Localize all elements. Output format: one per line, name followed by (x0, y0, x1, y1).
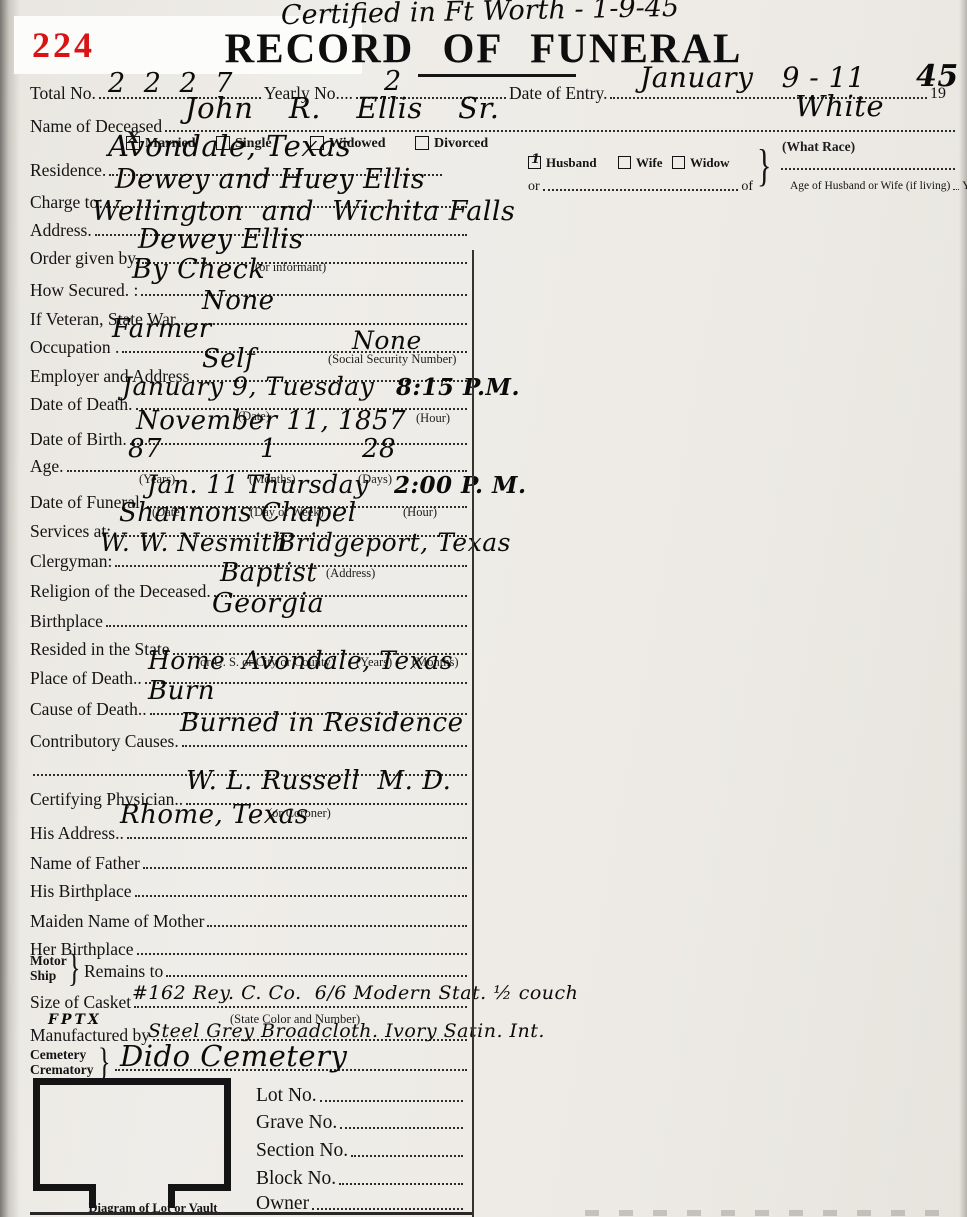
dotted-leader (106, 625, 467, 627)
veteran-value: None (202, 288, 275, 314)
dotted-leader (196, 323, 467, 325)
husband-label: Husband (546, 155, 597, 171)
or-informant-sublabel: (or informant) (255, 261, 326, 274)
his-birthplace-label: His Birthplace (30, 883, 132, 901)
scan-edge-shadow-left (0, 0, 20, 1217)
diagram-border-top (33, 1078, 231, 1085)
services-at-value: Shannons Chapel (119, 500, 357, 526)
of-label: of (741, 180, 753, 194)
cause-of-death-value: Burn (148, 678, 215, 704)
title-rule (418, 74, 576, 77)
bottom-rule (30, 1212, 472, 1215)
date-of-birth-value: November 11, 1857 (136, 408, 406, 434)
how-secured-label: How Secured. : (30, 282, 138, 300)
cemetery-brace: } (98, 1044, 110, 1083)
birthplace-label: Birthplace (30, 613, 103, 631)
divorced-checkbox (415, 136, 429, 150)
ssn-value: None (352, 328, 422, 353)
age-of-spouse-row: Age of Husband or Wife (if living) Years (790, 172, 958, 192)
block-no-row: Block No. (256, 1166, 466, 1188)
checkbox-husband: 1 Husband (528, 155, 597, 171)
how-secured-value: By Check (132, 256, 265, 283)
cemetery-label: Cemetery (30, 1048, 93, 1063)
column-divider-rule (472, 250, 474, 1217)
diagram-border-bottom-left (33, 1184, 96, 1191)
place-of-death-value: Home Avondale, Texas (148, 648, 453, 673)
his-address-label: His Address.. (30, 825, 124, 843)
order-given-by-value: Dewey Ellis (138, 226, 304, 253)
occupation-value: Farmer (112, 316, 212, 342)
cemetery-crematory-stack: Cemetery Crematory (30, 1048, 93, 1078)
services-at-label: Services at: (30, 523, 111, 541)
checkbox-divorced: Divorced (415, 136, 488, 152)
total-no-label: Total No. (30, 85, 96, 103)
scan-cutoff-text-artifact (585, 1210, 955, 1216)
cause-of-death-label: Cause of Death.. (30, 701, 147, 719)
or-label: or (528, 180, 540, 194)
father-row: Name of Father (30, 850, 470, 872)
motor-label: Motor (30, 954, 67, 969)
checkbox-wife: Wife (618, 155, 662, 171)
wife-checkbox (618, 156, 631, 169)
remains-to-label: Remains to (84, 963, 163, 981)
dotted-leader (351, 1155, 463, 1157)
order-given-by-label: Order given by. (30, 250, 139, 268)
date-of-entry-value: January 9 - 11 (640, 64, 865, 92)
charge-to-value: Dewey and Huey Ellis (115, 166, 425, 193)
contributory-label: Contributory Causes. (30, 733, 179, 751)
occupation-label: Occupation . (30, 339, 119, 357)
years-unit-label: Years (962, 181, 967, 193)
death-hour-sublabel: (Hour) (416, 412, 450, 425)
funeral-date-value: Jan. 11 (147, 472, 239, 497)
mother-label: Maiden Name of Mother (30, 913, 204, 931)
death-hour-value: 8:15 P.M. (396, 376, 520, 399)
remains-brace: } (68, 950, 80, 989)
contributory-value: Burned in Residence (180, 710, 464, 736)
father-label: Name of Father (30, 855, 140, 873)
employer-value: Self (202, 346, 255, 372)
physician-value: W. L. Russell M. D. (186, 768, 451, 794)
dotted-leader (340, 1127, 463, 1129)
diagram-border-left (33, 1078, 40, 1191)
funeral-hour-sublabel: (Hour) (403, 506, 437, 519)
dotted-leader (320, 1100, 463, 1102)
dotted-leader (130, 443, 467, 445)
residence-value: Avondale, Texas (108, 132, 351, 161)
dotted-leader (207, 925, 467, 927)
motor-ship-stack: Motor Ship (30, 954, 67, 984)
diagram-border-right (224, 1078, 231, 1191)
date-of-birth-label: Date of Birth. (30, 431, 127, 449)
funeral-day-value: Thursday (246, 472, 369, 497)
dotted-leader (543, 189, 739, 191)
spouse-brace: } (757, 145, 771, 190)
ship-label: Ship (30, 969, 67, 984)
section-no-label: Section No. (256, 1141, 348, 1161)
diagram-border-bottom-right (168, 1184, 231, 1191)
place-of-death-label: Place of Death.. (30, 670, 142, 688)
address-label: Address. (30, 222, 92, 240)
dotted-leader (135, 895, 467, 897)
casket-label: Size of Casket (30, 994, 131, 1012)
mother-row: Maiden Name of Mother (30, 908, 470, 930)
widow-checkbox (672, 156, 685, 169)
owner-label: Owner (256, 1194, 309, 1214)
his-address-value: Rhome, Texas (120, 802, 309, 828)
dotted-leader (781, 168, 955, 170)
crematory-label: Crematory (30, 1063, 93, 1078)
block-no-label: Block No. (256, 1169, 336, 1189)
dotted-leader (166, 975, 467, 977)
grave-no-row: Grave No. (256, 1110, 466, 1132)
date-of-entry-label: Date of Entry. (509, 85, 607, 103)
spouse-or-of-row: or of (528, 172, 753, 194)
dotted-leader (127, 837, 467, 839)
date-of-death-value: January 9, Tuesday (122, 374, 374, 399)
date-of-death-label: Date of Death. (30, 396, 133, 414)
birthplace-value: Georgia (212, 590, 324, 617)
address-value: Wellington and Wichita Falls (92, 198, 515, 225)
husband-check-mark: 1 (531, 153, 540, 166)
cemetery-value: Dido Cemetery (120, 1042, 347, 1071)
wife-label: Wife (636, 155, 662, 171)
widow-label: Widow (690, 155, 730, 171)
spouse-dotted-row (778, 151, 958, 173)
casket-value: #162 Rey. C. Co. 6/6 Modern Stat. ½ couc… (132, 984, 578, 1003)
age-label: Age. (30, 458, 64, 476)
name-of-deceased-value: John R. Ellis Sr. (185, 94, 499, 123)
clergyman-address-value: Bridgeport, Texas (277, 530, 511, 555)
lot-no-row: Lot No. (256, 1083, 466, 1105)
section-no-row: Section No. (256, 1138, 466, 1160)
dotted-leader (141, 294, 467, 296)
age-of-spouse-label: Age of Husband or Wife (if living) (790, 181, 950, 193)
religion-label: Religion of the Deceased. (30, 583, 211, 601)
age-years-value: 87 (128, 436, 162, 462)
residence-label: Residence. (30, 162, 106, 180)
husband-checkbox: 1 (528, 156, 541, 169)
grave-no-label: Grave No. (256, 1113, 337, 1133)
remains-to-row: Remains to (84, 958, 470, 980)
dotted-leader (953, 189, 959, 190)
funeral-hour-value: 2:00 P. M. (394, 474, 526, 497)
dotted-leader (182, 745, 467, 747)
funeral-record-scan: 224 Certified in Ft Worth - 1-9-45 RECOR… (0, 0, 967, 1217)
his-birthplace-row: His Birthplace (30, 878, 470, 900)
dotted-leader (134, 1006, 467, 1008)
clergyman-value: W. W. Nesmith (100, 530, 288, 555)
age-days-value: 28 (362, 436, 396, 462)
dotted-leader (312, 1208, 463, 1210)
entry-year-value: 45 (916, 62, 959, 92)
owner-row: Owner (256, 1191, 466, 1213)
race-value: White (795, 92, 884, 121)
her-birthplace-row: Her Birthplace (30, 936, 470, 958)
dotted-leader (339, 1183, 463, 1185)
divorced-label: Divorced (434, 136, 488, 152)
dotted-leader (143, 867, 467, 869)
checkbox-widow: Widow (672, 155, 730, 171)
lot-no-label: Lot No. (256, 1086, 317, 1106)
religion-value: Baptist (220, 560, 317, 586)
age-months-value: 1 (260, 436, 277, 462)
dotted-leader (137, 953, 468, 955)
